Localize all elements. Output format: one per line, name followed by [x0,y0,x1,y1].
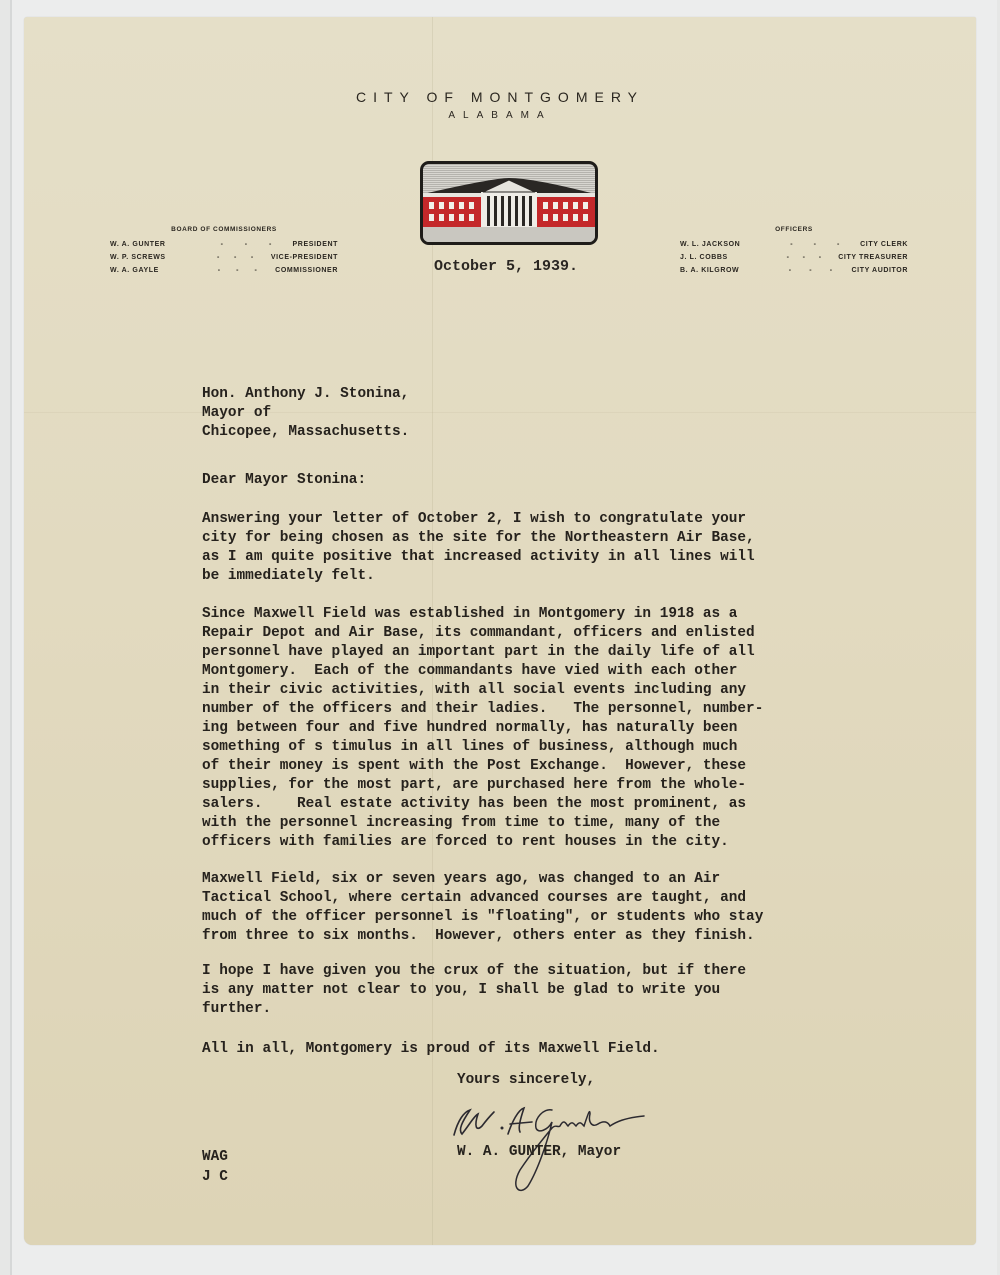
board-heading: Board of Commissioners [110,226,338,233]
officer-title: City Auditor [852,267,908,274]
board-member-row: W. P. Screws --- Vice-president [110,251,338,264]
text-line: Tactical School, where certain advanced … [202,889,763,908]
officers-heading: Officers [680,226,908,233]
address-line: Mayor of [202,404,409,423]
text-line: something of s timulus in all lines of b… [202,738,763,757]
text-line: Answering your letter of October 2, I wi… [202,510,755,529]
text-line: All in all, Montgomery is proud of its M… [202,1040,660,1059]
board-of-commissioners: Board of Commissioners W. A. Gunter --- … [110,226,338,277]
paragraph-4: I hope I have given you the crux of the … [202,962,746,1019]
officer-row: J. L. Cobbs --- City Treasurer [680,251,908,264]
letterhead-state: ALABAMA [0,110,1000,121]
member-title: President [293,241,338,248]
city-hall-building-icon [420,161,598,245]
signer-name: W. A. GUNTER, Mayor [457,1143,621,1162]
text-line: I hope I have given you the crux of the … [202,962,746,981]
text-line: officers with families are forced to ren… [202,833,763,852]
text-line: Repair Depot and Air Base, its commandan… [202,624,763,643]
officers-list: Officers W. L. Jackson --- City Clerk J.… [680,226,908,277]
initials-line: J C [202,1167,228,1187]
fold-crease [24,412,976,413]
paragraph-1: Answering your letter of October 2, I wi… [202,510,755,586]
complimentary-closing: Yours sincerely, [457,1071,595,1090]
officer-name: J. L. Cobbs [680,254,770,261]
salutation: Dear Mayor Stonina: [202,471,366,490]
board-member-row: W. A. Gunter --- President [110,238,338,251]
officer-row: W. L. Jackson --- City Clerk [680,238,908,251]
typist-initials: WAGJ C [202,1147,228,1187]
text-line: Maxwell Field, six or seven years ago, w… [202,870,763,889]
text-line: is any matter not clear to you, I shall … [202,981,746,1000]
text-line: salers. Real estate activity has been th… [202,795,763,814]
text-line: in their civic activities, with all soci… [202,681,763,700]
letter-date: October 5, 1939. [434,258,578,275]
address-line: Chicopee, Massachusetts. [202,423,409,442]
leader-dots: --- [200,241,293,248]
paragraph-3: Maxwell Field, six or seven years ago, w… [202,870,763,946]
text-line: personnel have played an important part … [202,643,763,662]
officer-title: City Treasurer [838,254,908,261]
member-title: Commissioner [275,267,338,274]
member-name: W. P. Screws [110,254,200,261]
leader-dots: --- [200,254,271,261]
officer-name: W. L. Jackson [680,241,770,248]
text-line: number of the officers and their ladies.… [202,700,763,719]
text-line: Since Maxwell Field was established in M… [202,605,763,624]
text-line: Montgomery. Each of the commandants have… [202,662,763,681]
paragraph-2: Since Maxwell Field was established in M… [202,605,763,852]
leader-dots: --- [770,254,838,261]
text-line: be immediately felt. [202,567,755,586]
text-line: further. [202,1000,746,1019]
member-name: W. A. Gayle [110,267,200,274]
officer-row: B. A. Kilgrow --- City Auditor [680,264,908,277]
officer-name: B. A. Kilgrow [680,267,770,274]
recipient-address: Hon. Anthony J. Stonina,Mayor ofChicopee… [202,385,409,442]
leader-dots: --- [770,241,860,248]
member-title: Vice-president [271,254,338,261]
text-line: of their money is spent with the Post Ex… [202,757,763,776]
text-line: from three to six months. However, other… [202,927,763,946]
text-line: as I am quite positive that increased ac… [202,548,755,567]
text-line: supplies, for the most part, are purchas… [202,776,763,795]
letterhead-city: CITY OF MONTGOMERY [0,89,1000,105]
text-line: city for being chosen as the site for th… [202,529,755,548]
member-name: W. A. Gunter [110,241,200,248]
paragraph-5: All in all, Montgomery is proud of its M… [202,1040,660,1059]
leader-dots: --- [770,267,852,274]
initials-line: WAG [202,1147,228,1167]
address-line: Hon. Anthony J. Stonina, [202,385,409,404]
text-line: with the personnel increasing from time … [202,814,763,833]
leader-dots: --- [200,267,275,274]
text-line: ing between four and five hundred normal… [202,719,763,738]
board-member-row: W. A. Gayle --- Commissioner [110,264,338,277]
officer-title: City Clerk [860,241,908,248]
text-line: much of the officer personnel is "floati… [202,908,763,927]
